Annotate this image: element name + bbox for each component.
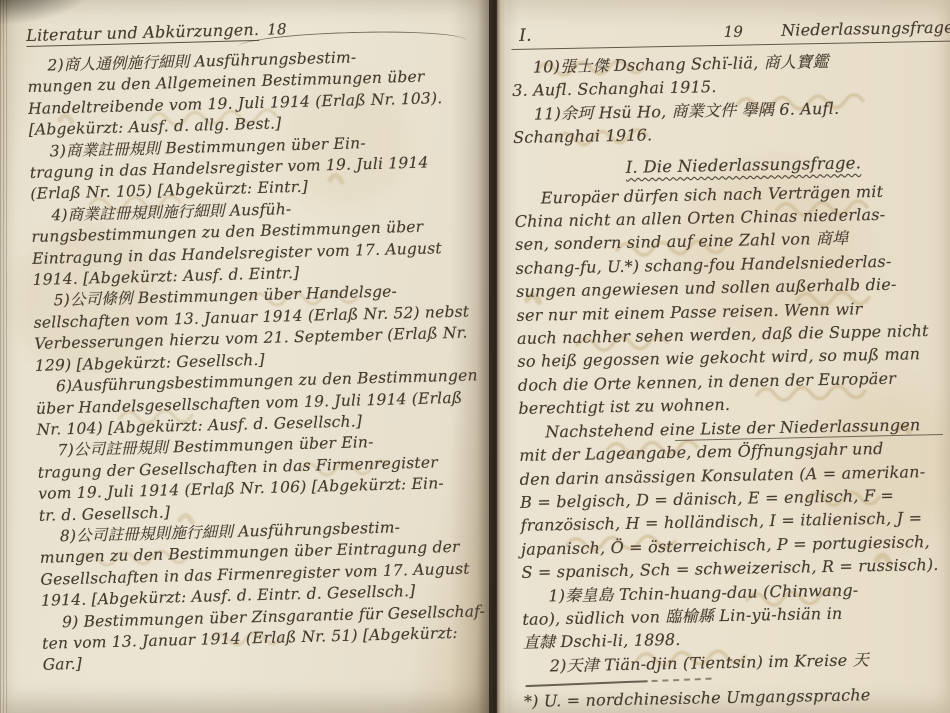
left-page-lines: 2)商人通例施行細則 Ausführungsbestim-mungen zu d… [27, 44, 489, 676]
right-header-title: Niederlassungsfrage. [781, 17, 950, 39]
left-page: Literatur und Abkürzungen. 18 2)商人通例施行細則… [0, 0, 489, 713]
right-page-text: I. 19 Niederlassungsfrage. 10)張士傑 Dschan… [511, 17, 950, 713]
right-page-body-lines: Europäer dürfen sich nach Verträgen mitC… [514, 178, 950, 678]
book-photo: Literatur und Abkürzungen. 18 2)商人通例施行細則… [0, 0, 950, 713]
section-heading: I. Die Niederlassungsfrage. [626, 153, 862, 177]
right-page-header: I. 19 Niederlassungsfrage. [511, 17, 950, 50]
footnote: *) U. = nordchinesische Umgangssprache [524, 681, 950, 713]
right-header-section: I. [519, 26, 532, 46]
left-header-title: Literatur und Abkürzungen. [26, 20, 260, 47]
left-page-text: Literatur und Abkürzungen. 18 2)商人通例施行細則… [26, 14, 489, 676]
right-page-number: 19 [723, 23, 743, 41]
right-page: I. 19 Niederlassungsfrage. 10)張士傑 Dschan… [497, 0, 950, 713]
right-page-intro-lines: 10)張士傑 Dschang Schï-liä, 商人寶鑑3. Aufl. Sc… [512, 47, 950, 149]
footnote-separator [526, 680, 648, 687]
